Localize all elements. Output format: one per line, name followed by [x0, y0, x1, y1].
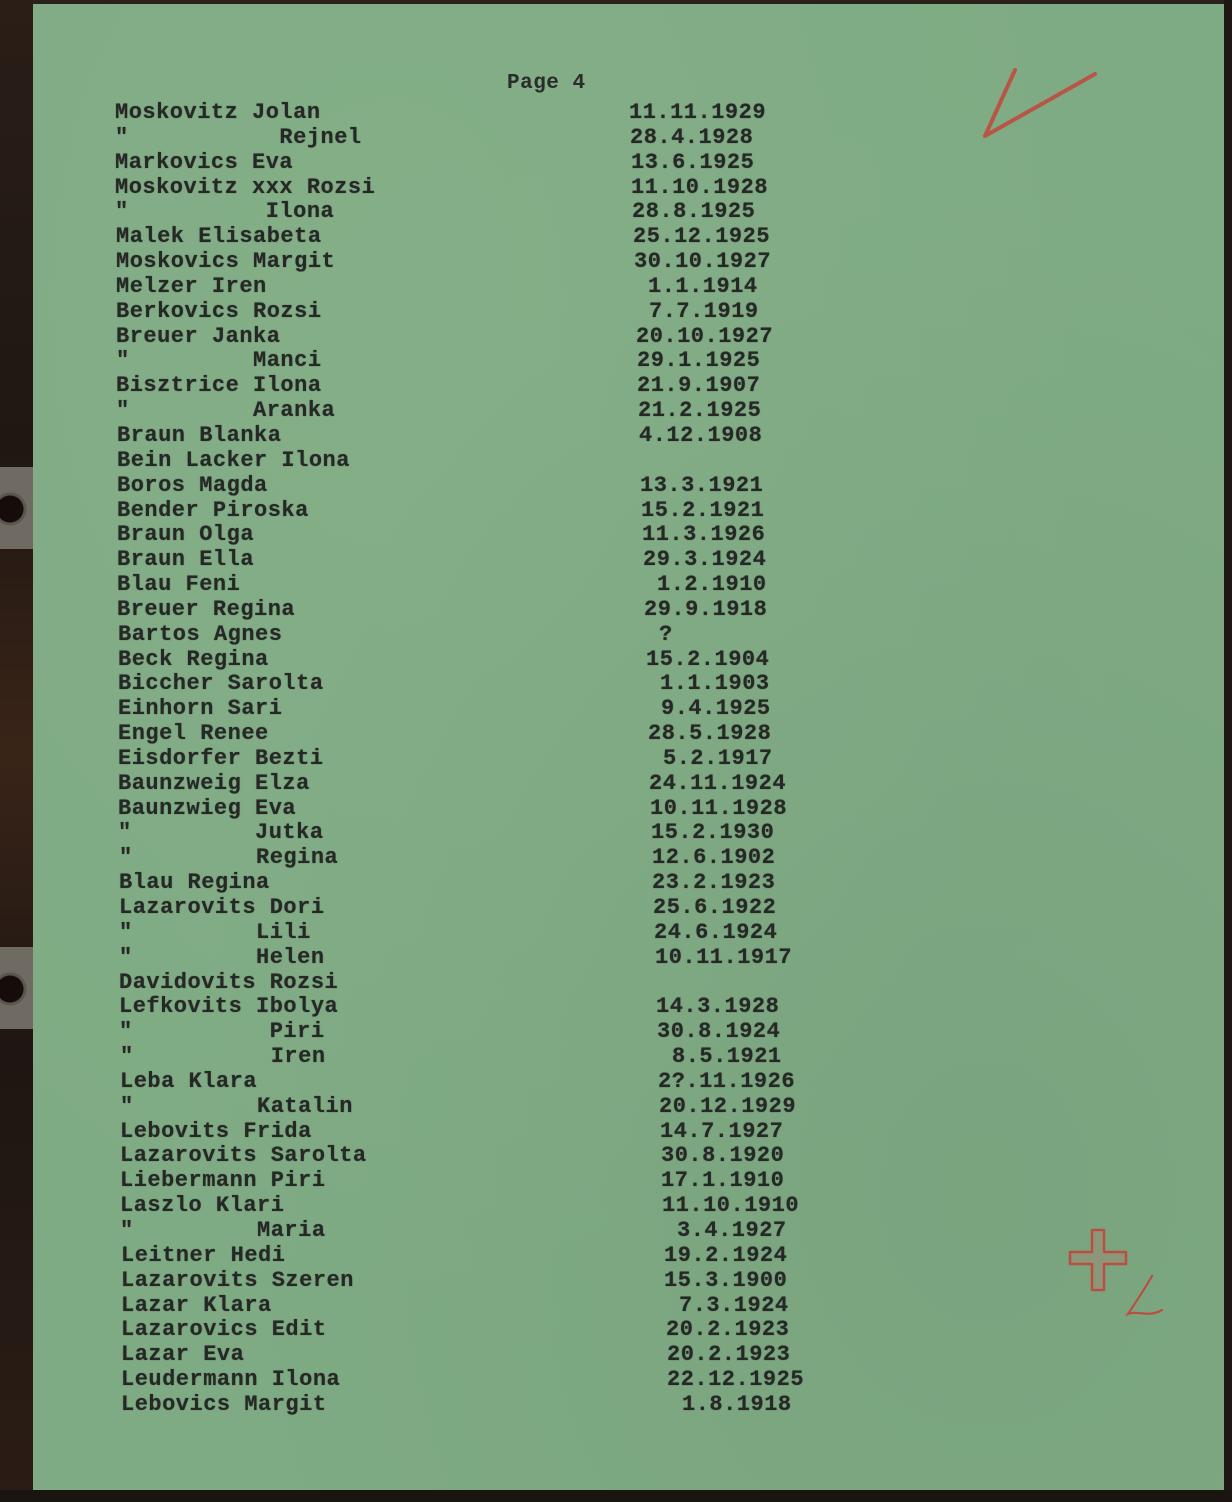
list-item: Leba Klara2?.11.1926 [33, 1070, 1224, 1095]
person-name: Braun Ella [117, 548, 254, 573]
person-name: Moskovics Margit [116, 250, 335, 275]
birth-date: 8.5.1921 [672, 1045, 782, 1070]
list-item: Beck Regina15.2.1904 [33, 648, 1224, 673]
person-name: " Piri [119, 1020, 325, 1045]
person-name: Markovics Eva [115, 151, 293, 176]
birth-date: 15.2.1921 [641, 499, 764, 524]
birth-date: 17.1.1910 [661, 1169, 784, 1194]
birth-date: 23.2.1923 [652, 871, 775, 896]
person-name: Moskovitz Jolan [115, 101, 321, 126]
list-item: Breuer Janka20.10.1927 [33, 325, 1224, 350]
list-item: Lazar Eva20.2.1923 [33, 1343, 1224, 1368]
list-item: Laszlo Klari11.10.1910 [33, 1194, 1224, 1219]
list-item: " Aranka21.2.1925 [33, 399, 1224, 424]
person-name: Eisdorfer Bezti [118, 747, 324, 772]
person-name: Lazarovits Sarolta [120, 1144, 367, 1169]
person-name: Breuer Janka [116, 325, 280, 350]
list-item: Davidovits Rozsi [33, 971, 1224, 996]
list-item: Moskovitz xxx Rozsi11.10.1928 [33, 176, 1224, 201]
punch-hole-lower [0, 947, 33, 1029]
person-name: Lazarovics Edit [121, 1318, 327, 1343]
birth-date: 1.1.1903 [660, 672, 770, 697]
list-item: Eisdorfer Bezti5.2.1917 [33, 747, 1224, 772]
birth-date: 1.2.1910 [657, 573, 767, 598]
birth-date: 24.11.1924 [649, 772, 786, 797]
birth-date: 28.5.1928 [648, 722, 771, 747]
birth-date: 29.3.1924 [643, 548, 766, 573]
person-name: Leitner Hedi [121, 1244, 285, 1269]
birth-date: 12.6.1902 [652, 846, 775, 871]
person-name: " Manci [116, 349, 322, 374]
list-item: " Manci29.1.1925 [33, 349, 1224, 374]
list-item: Bisztrice Ilona21.9.1907 [33, 374, 1224, 399]
person-name: Bender Piroska [117, 499, 309, 524]
list-item: " Jutka15.2.1930 [33, 821, 1224, 846]
list-item: Lazar Klara7.3.1924 [33, 1294, 1224, 1319]
names-dates-list: Moskovitz Jolan11.11.1929" Rejnel28.4.19… [33, 101, 1224, 1418]
list-item: Leitner Hedi19.2.1924 [33, 1244, 1224, 1269]
person-name: Braun Olga [117, 523, 254, 548]
person-name: Biccher Sarolta [118, 672, 324, 697]
person-name: Bein Lacker Ilona [117, 449, 350, 474]
list-item: Moskovics Margit30.10.1927 [33, 250, 1224, 275]
list-item: Lebovits Frida14.7.1927 [33, 1120, 1224, 1145]
person-name: Davidovits Rozsi [119, 971, 338, 996]
list-item: Lazarovits Sarolta30.8.1920 [33, 1144, 1224, 1169]
list-item: " Ilona28.8.1925 [33, 200, 1224, 225]
person-name: Braun Blanka [117, 424, 281, 449]
person-name: Einhorn Sari [118, 697, 282, 722]
birth-date: 11.11.1929 [629, 101, 766, 126]
birth-date: 13.3.1921 [640, 474, 763, 499]
birth-date: 10.11.1917 [655, 946, 792, 971]
birth-date: 1.8.1918 [682, 1393, 792, 1418]
birth-date: 29.1.1925 [637, 349, 760, 374]
person-name: " Rejnel [115, 126, 362, 151]
list-item: " Piri30.8.1924 [33, 1020, 1224, 1045]
birth-date: ? [659, 623, 673, 648]
birth-date: 28.8.1925 [632, 200, 755, 225]
person-name: " Regina [119, 846, 338, 871]
birth-date: 14.7.1927 [660, 1120, 783, 1145]
list-item: Lazarovics Edit20.2.1923 [33, 1318, 1224, 1343]
person-name: " Aranka [116, 399, 335, 424]
birth-date: 25.12.1925 [633, 225, 770, 250]
birth-date: 21.2.1925 [638, 399, 761, 424]
person-name: Melzer Iren [116, 275, 267, 300]
list-item: Bender Piroska15.2.1921 [33, 499, 1224, 524]
list-item: Melzer Iren1.1.1914 [33, 275, 1224, 300]
person-name: " Katalin [120, 1095, 353, 1120]
birth-date: 19.2.1924 [664, 1244, 787, 1269]
birth-date: 3.4.1927 [677, 1219, 787, 1244]
person-name: Beck Regina [118, 648, 269, 673]
list-item: Blau Regina23.2.1923 [33, 871, 1224, 896]
list-item: " Iren8.5.1921 [33, 1045, 1224, 1070]
person-name: " Lili [119, 921, 311, 946]
person-name: Lazarovits Dori [119, 896, 325, 921]
birth-date: 20.2.1923 [666, 1318, 789, 1343]
person-name: Engel Renee [118, 722, 269, 747]
birth-date: 2?.11.1926 [658, 1070, 795, 1095]
page-number-label: Page 4 [507, 72, 586, 95]
person-name: Liebermann Piri [120, 1169, 326, 1194]
person-name: " Helen [119, 946, 325, 971]
list-item: Baunzwieg Eva10.11.1928 [33, 797, 1224, 822]
birth-date: 30.10.1927 [634, 250, 771, 275]
person-name: Lazarovits Szeren [121, 1269, 354, 1294]
birth-date: 11.10.1928 [631, 176, 768, 201]
person-name: Bisztrice Ilona [116, 374, 322, 399]
list-item: Liebermann Piri17.1.1910 [33, 1169, 1224, 1194]
person-name: Lebovics Margit [121, 1393, 327, 1418]
scan-frame-left [0, 0, 33, 1502]
birth-date: 24.6.1924 [654, 921, 777, 946]
list-item: Breuer Regina29.9.1918 [33, 598, 1224, 623]
birth-date: 4.12.1908 [639, 424, 762, 449]
birth-date: 30.8.1924 [657, 1020, 780, 1045]
person-name: " Iren [120, 1045, 326, 1070]
birth-date: 29.9.1918 [644, 598, 767, 623]
list-item: " Lili24.6.1924 [33, 921, 1224, 946]
list-item: " Maria3.4.1927 [33, 1219, 1224, 1244]
list-item: Biccher Sarolta1.1.1903 [33, 672, 1224, 697]
person-name: Baunzwieg Eva [118, 797, 296, 822]
list-item: Moskovitz Jolan11.11.1929 [33, 101, 1224, 126]
birth-date: 20.12.1929 [659, 1095, 796, 1120]
list-item: Boros Magda13.3.1921 [33, 474, 1224, 499]
person-name: Laszlo Klari [120, 1194, 284, 1219]
person-name: Malek Elisabeta [116, 225, 322, 250]
list-item: Lefkovits Ibolya14.3.1928 [33, 995, 1224, 1020]
list-item: Bartos Agnes? [33, 623, 1224, 648]
person-name: Blau Regina [119, 871, 270, 896]
list-item: Engel Renee28.5.1928 [33, 722, 1224, 747]
person-name: Lefkovits Ibolya [119, 995, 338, 1020]
birth-date: 7.3.1924 [679, 1294, 789, 1319]
list-item: " Helen10.11.1917 [33, 946, 1224, 971]
person-name: Lazar Klara [121, 1294, 272, 1319]
person-name: " Maria [120, 1219, 326, 1244]
birth-date: 5.2.1917 [663, 747, 773, 772]
birth-date: 14.3.1928 [656, 995, 779, 1020]
birth-date: 20.10.1927 [636, 325, 773, 350]
birth-date: 11.3.1926 [642, 523, 765, 548]
person-name: Blau Feni [117, 573, 240, 598]
person-name: Baunzweig Elza [118, 772, 310, 797]
list-item: " Katalin20.12.1929 [33, 1095, 1224, 1120]
birth-date: 28.4.1928 [630, 126, 753, 151]
list-item: Baunzweig Elza24.11.1924 [33, 772, 1224, 797]
person-name: " Ilona [115, 200, 334, 225]
person-name: Bartos Agnes [118, 623, 282, 648]
list-item: Blau Feni1.2.1910 [33, 573, 1224, 598]
punch-hole-upper [0, 467, 33, 549]
birth-date: 21.9.1907 [637, 374, 760, 399]
list-item: Einhorn Sari9.4.1925 [33, 697, 1224, 722]
list-item: Lazarovits Dori25.6.1922 [33, 896, 1224, 921]
birth-date: 20.2.1923 [667, 1343, 790, 1368]
list-item: Berkovics Rozsi7.7.1919 [33, 300, 1224, 325]
list-item: Bein Lacker Ilona [33, 449, 1224, 474]
birth-date: 15.2.1930 [651, 821, 774, 846]
person-name: Lebovits Frida [120, 1120, 312, 1145]
list-item: " Rejnel28.4.1928 [33, 126, 1224, 151]
person-name: " Jutka [118, 821, 324, 846]
scan-frame-bottom [0, 1490, 1232, 1502]
birth-date: 30.8.1920 [661, 1144, 784, 1169]
scan-frame-right [1224, 0, 1232, 1502]
birth-date: 1.1.1914 [648, 275, 758, 300]
birth-date: 11.10.1910 [662, 1194, 799, 1219]
person-name: Breuer Regina [117, 598, 295, 623]
list-item: " Regina12.6.1902 [33, 846, 1224, 871]
list-item: Braun Olga11.3.1926 [33, 523, 1224, 548]
birth-date: 25.6.1922 [653, 896, 776, 921]
list-item: Braun Blanka4.12.1908 [33, 424, 1224, 449]
list-item: Leudermann Ilona22.12.1925 [33, 1368, 1224, 1393]
birth-date: 13.6.1925 [631, 151, 754, 176]
person-name: Moskovitz xxx Rozsi [115, 176, 375, 201]
birth-date: 10.11.1928 [650, 797, 787, 822]
person-name: Lazar Eva [121, 1343, 244, 1368]
birth-date: 15.3.1900 [664, 1269, 787, 1294]
list-item: Lazarovits Szeren15.3.1900 [33, 1269, 1224, 1294]
person-name: Leudermann Ilona [121, 1368, 340, 1393]
birth-date: 22.12.1925 [667, 1368, 804, 1393]
list-item: Lebovics Margit1.8.1918 [33, 1393, 1224, 1418]
list-item: Malek Elisabeta25.12.1925 [33, 225, 1224, 250]
birth-date: 9.4.1925 [661, 697, 771, 722]
list-item: Braun Ella29.3.1924 [33, 548, 1224, 573]
person-name: Boros Magda [117, 474, 268, 499]
person-name: Leba Klara [120, 1070, 257, 1095]
birth-date: 15.2.1904 [646, 648, 769, 673]
birth-date: 7.7.1919 [649, 300, 759, 325]
list-item: Markovics Eva13.6.1925 [33, 151, 1224, 176]
document-page: Page 4 Moskovitz Jolan11.11.1929" Rejnel… [33, 4, 1224, 1490]
person-name: Berkovics Rozsi [116, 300, 322, 325]
